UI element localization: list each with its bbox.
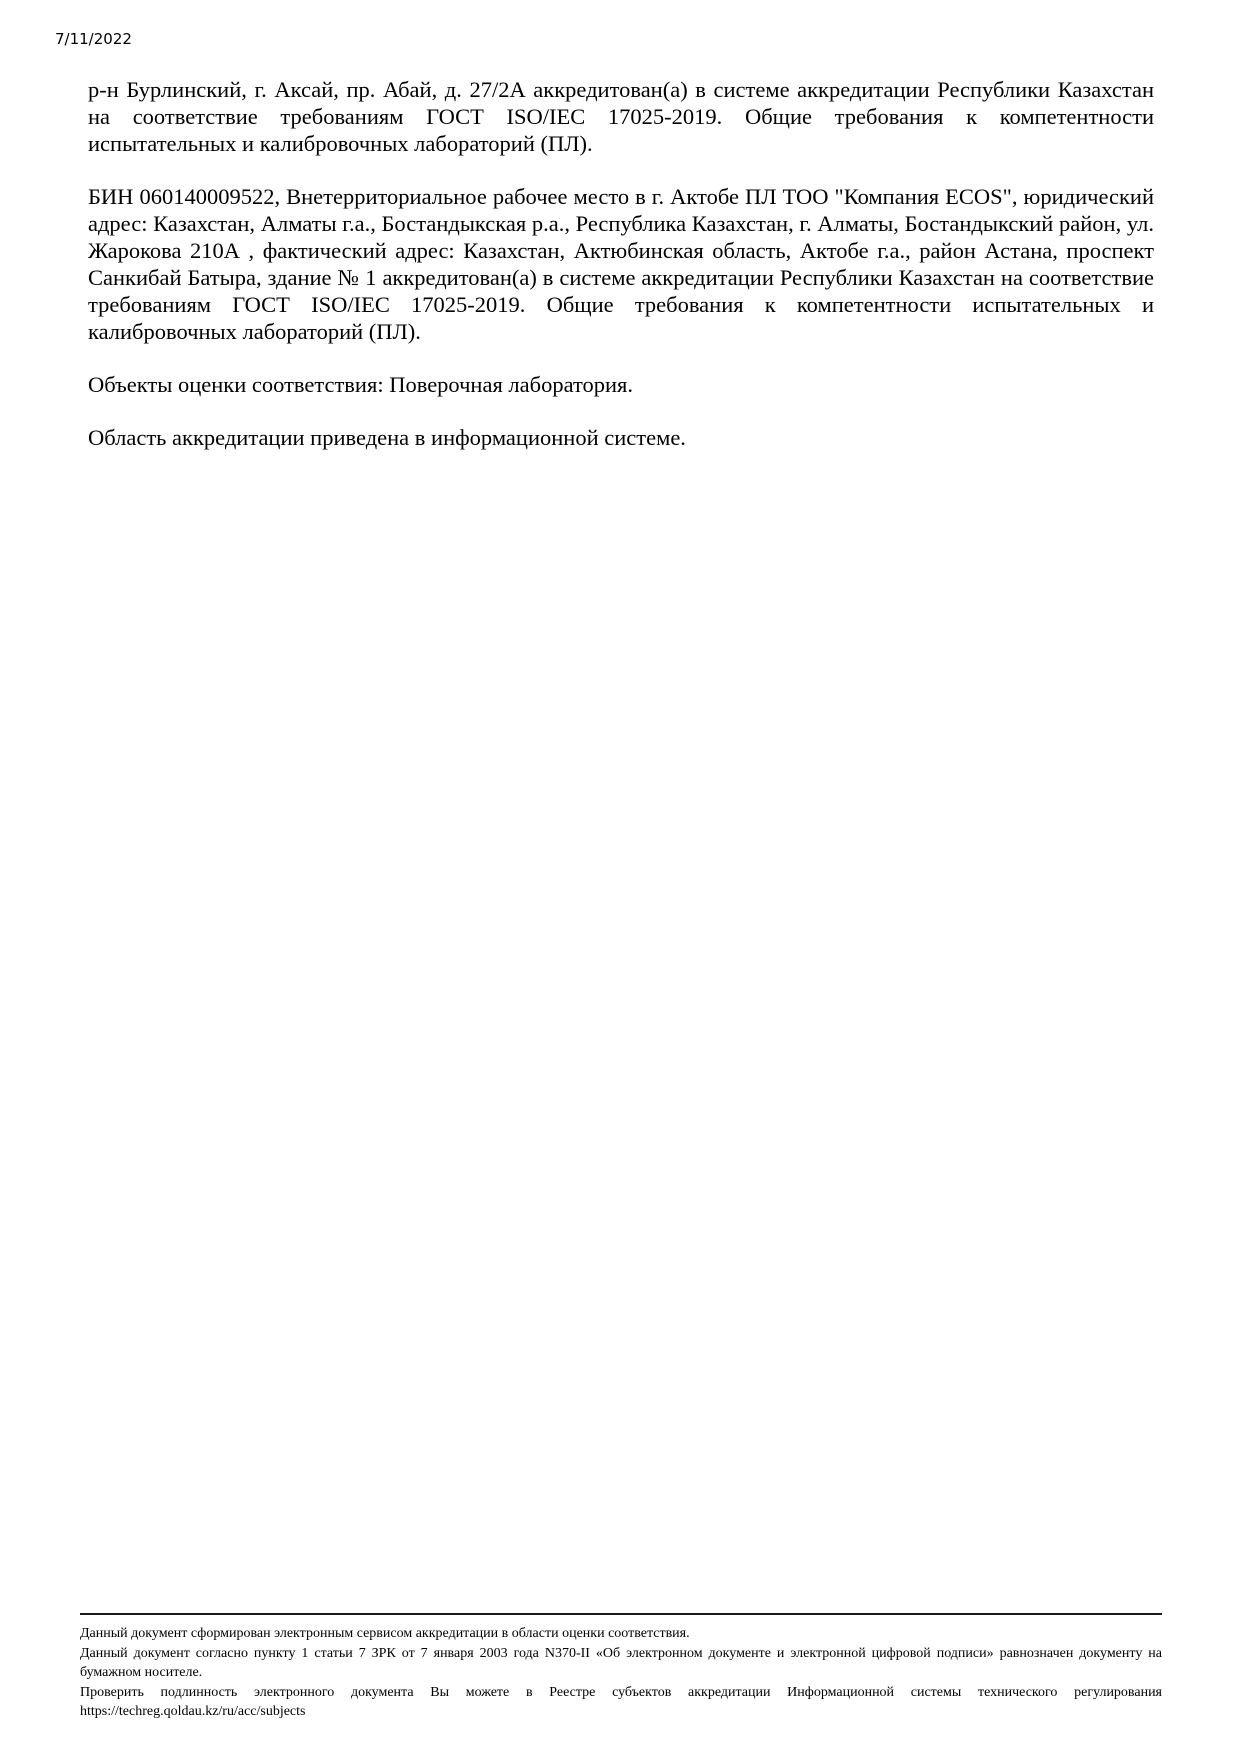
footer-line-generated: Данный документ сформирован электронным … — [80, 1624, 1162, 1644]
footer-line-verify: Проверить подлинность электронного докум… — [80, 1683, 1162, 1722]
paragraph-accreditation-aktobe: БИН 060140009522, Внетерриториальное раб… — [88, 183, 1154, 345]
footer-divider — [80, 1613, 1162, 1615]
footer-line-legal: Данный документ согласно пункту 1 статьи… — [80, 1644, 1162, 1683]
document-body: р-н Бурлинский, г. Аксай, пр. Абай, д. 2… — [88, 76, 1154, 477]
footer: Данный документ сформирован электронным … — [80, 1624, 1162, 1722]
paragraph-accreditation-aksai: р-н Бурлинский, г. Аксай, пр. Абай, д. 2… — [88, 76, 1154, 157]
paragraph-accreditation-scope: Область аккредитации приведена в информа… — [88, 424, 1154, 451]
print-date: 7/11/2022 — [55, 30, 132, 48]
paragraph-assessment-objects: Объекты оценки соответствия: Поверочная … — [88, 371, 1154, 398]
